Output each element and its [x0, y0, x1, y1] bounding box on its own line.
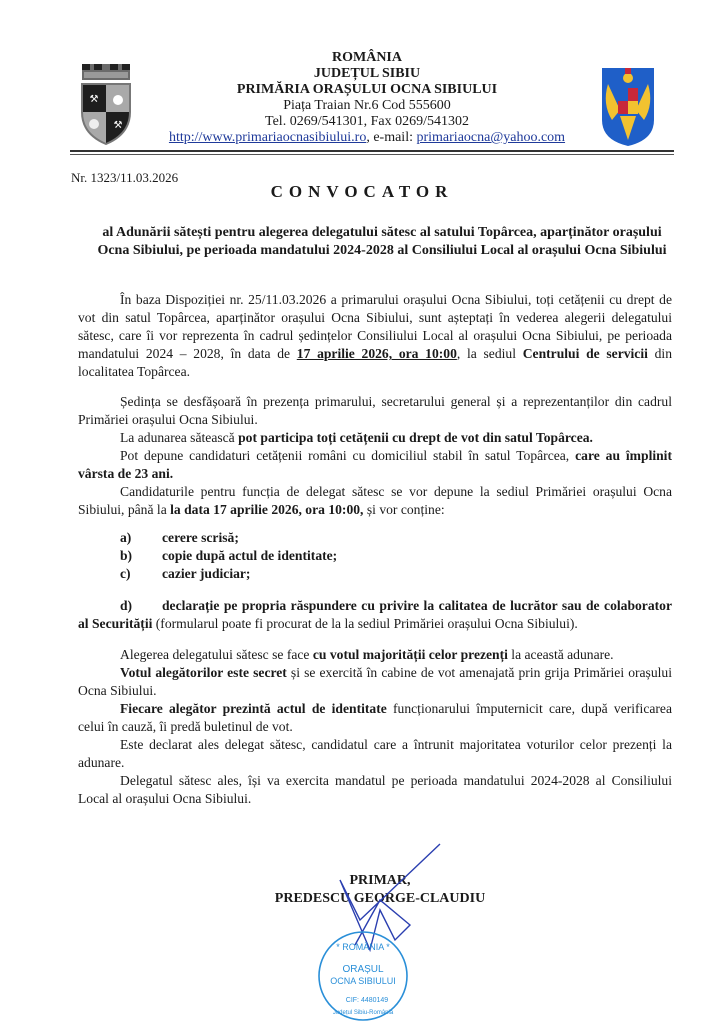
document-title: CONVOCATOR	[0, 182, 724, 202]
submission-deadline: la data 17 aprilie 2026, ora 10:00,	[170, 502, 363, 517]
svg-text:CIF: 4480149: CIF: 4480149	[346, 997, 389, 1004]
romania-coat-of-arms-icon	[598, 64, 658, 148]
paragraph-election-method: Alegerea delegatului sătesc se face cu v…	[78, 646, 672, 664]
svg-text:⚒: ⚒	[114, 120, 123, 131]
text: și vor conține:	[363, 502, 444, 517]
paragraph-participants: La adunarea sătească pot participa toți …	[78, 429, 672, 447]
contact-line: http://www.primariaocnasibiului.ro, e-ma…	[150, 130, 584, 146]
text: , la sediul	[457, 346, 523, 361]
paragraph-submission: Candidaturile pentru funcția de delegat …	[78, 483, 672, 519]
document-page: ⚒ ⚒ ROMÂNIA JUDEȚUL SIBIU PRIMĂRIA ORAȘU…	[0, 0, 724, 1024]
header-divider-thin	[70, 154, 674, 155]
list-item-text: copie după actul de identitate;	[162, 547, 337, 565]
list-item: d)declarație pe propria răspundere cu pr…	[78, 597, 672, 633]
list-item-note: (formularul poate fi procurat de la la s…	[152, 616, 577, 631]
list-item: a)cerere scrisă;	[78, 529, 672, 547]
paragraph-secret-vote: Votul alegătorilor este secret și se exe…	[78, 664, 672, 700]
country-name: ROMÂNIA	[150, 50, 584, 66]
list-item: c)cazier judiciar;	[78, 565, 672, 583]
list-item-text: cerere scrisă;	[162, 529, 239, 547]
county-name: JUDEȚUL SIBIU	[150, 66, 584, 82]
text: la această adunare.	[508, 647, 614, 662]
meeting-date: 17 aprilie 2026, ora 10:00	[297, 346, 457, 361]
list-marker: d)	[120, 597, 162, 615]
text: Pot depune candidaturi cetățenii români …	[120, 448, 575, 463]
phone-fax: Tel. 0269/541301, Fax 0269/541302	[150, 114, 584, 130]
requirements-list: a)cerere scrisă; b)copie după actul de i…	[78, 529, 672, 583]
letterhead-text: ROMÂNIA JUDEȚUL SIBIU PRIMĂRIA ORAȘULUI …	[150, 50, 584, 146]
svg-text:Județul Sibiu-România: Județul Sibiu-România	[333, 1010, 394, 1016]
paragraph-identity: Fiecare alegător prezintă actul de ident…	[78, 700, 672, 736]
text-bold: pot participa toți cetățenii cu drept de…	[238, 430, 593, 445]
paragraph-candidates: Pot depune candidaturi cetățenii români …	[78, 447, 672, 483]
email-label: , e-mail:	[366, 130, 416, 145]
letterhead: ⚒ ⚒ ROMÂNIA JUDEȚUL SIBIU PRIMĂRIA ORAȘU…	[60, 50, 674, 150]
svg-text:OCNA SIBIULUI: OCNA SIBIULUI	[330, 976, 396, 986]
document-subtitle: al Adunării sătești pentru alegerea dele…	[90, 224, 674, 260]
institution-name: PRIMĂRIA ORAȘULUI OCNA SIBIULUI	[150, 82, 584, 98]
list-marker: a)	[120, 529, 162, 547]
text-bold: cu votul majorității celor prezenți	[313, 647, 508, 662]
list-marker: c)	[120, 565, 162, 583]
svg-text:* ROMÂNIA *: * ROMÂNIA *	[336, 942, 390, 952]
text: Alegerea delegatului sătesc se face	[120, 647, 313, 662]
official-stamp-icon: * ROMÂNIA * ORAȘUL OCNA SIBIULUI CIF: 44…	[315, 928, 411, 1024]
text: La adunarea sătească	[120, 430, 238, 445]
paragraph-convocation: În baza Dispoziției nr. 25/11.03.2026 a …	[78, 291, 672, 381]
address: Piața Traian Nr.6 Cod 555600	[150, 98, 584, 114]
svg-text:⚒: ⚒	[90, 94, 99, 105]
website-link[interactable]: http://www.primariaocnasibiului.ro	[169, 130, 366, 145]
svg-text:ORAȘUL: ORAȘUL	[342, 964, 384, 975]
paragraph-winner: Este declarat ales delegat sătesc, candi…	[78, 736, 672, 772]
ocna-sibiului-coat-of-arms-icon: ⚒ ⚒	[78, 62, 134, 146]
text-bold: Votul alegătorilor este secret	[120, 665, 287, 680]
paragraph-mandate: Delegatul sătesc ales, își va exercita m…	[78, 772, 672, 808]
text-bold: Fiecare alegător prezintă actul de ident…	[120, 701, 387, 716]
document-body: În baza Dispoziției nr. 25/11.03.2026 a …	[78, 291, 672, 808]
paragraph-attendance: Ședința se desfășoară în prezența primar…	[78, 393, 672, 429]
list-item-text: cazier judiciar;	[162, 565, 250, 583]
meeting-place: Centrului de servicii	[523, 346, 648, 361]
email-link[interactable]: primariaocna@yahoo.com	[416, 130, 565, 145]
list-marker: b)	[120, 547, 162, 565]
header-divider	[70, 150, 674, 152]
list-item: b)copie după actul de identitate;	[78, 547, 672, 565]
